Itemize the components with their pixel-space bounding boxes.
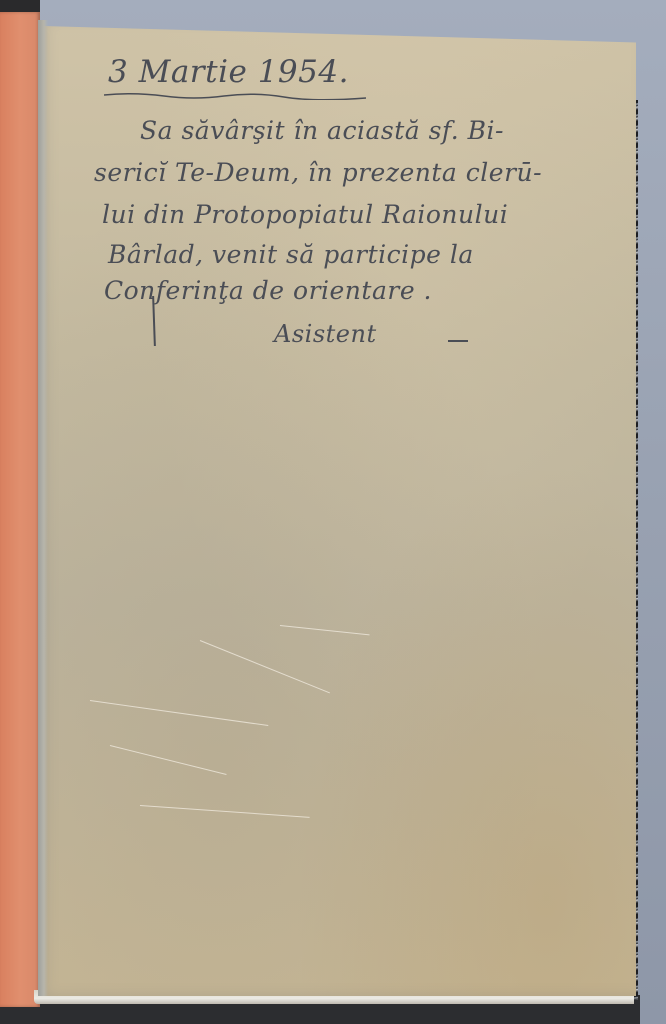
text-line-3: lui din Protopopiatul Raionului [102,200,508,229]
signature-dash [448,340,468,342]
date-underline [104,92,366,100]
page-gutter [38,20,48,996]
text-line-2: sericĭ Te-Deum, în prezenta clerū- [94,158,542,187]
text-line-1: Sa săvârşit în aciastă sf. Bi- [140,116,504,145]
orange-flyleaf [0,12,40,1007]
text-line-4: Bârlad, venit să participe la [108,240,474,269]
date-heading: 3 Martie 1954. [108,54,349,90]
signature: Asistent [274,320,377,348]
